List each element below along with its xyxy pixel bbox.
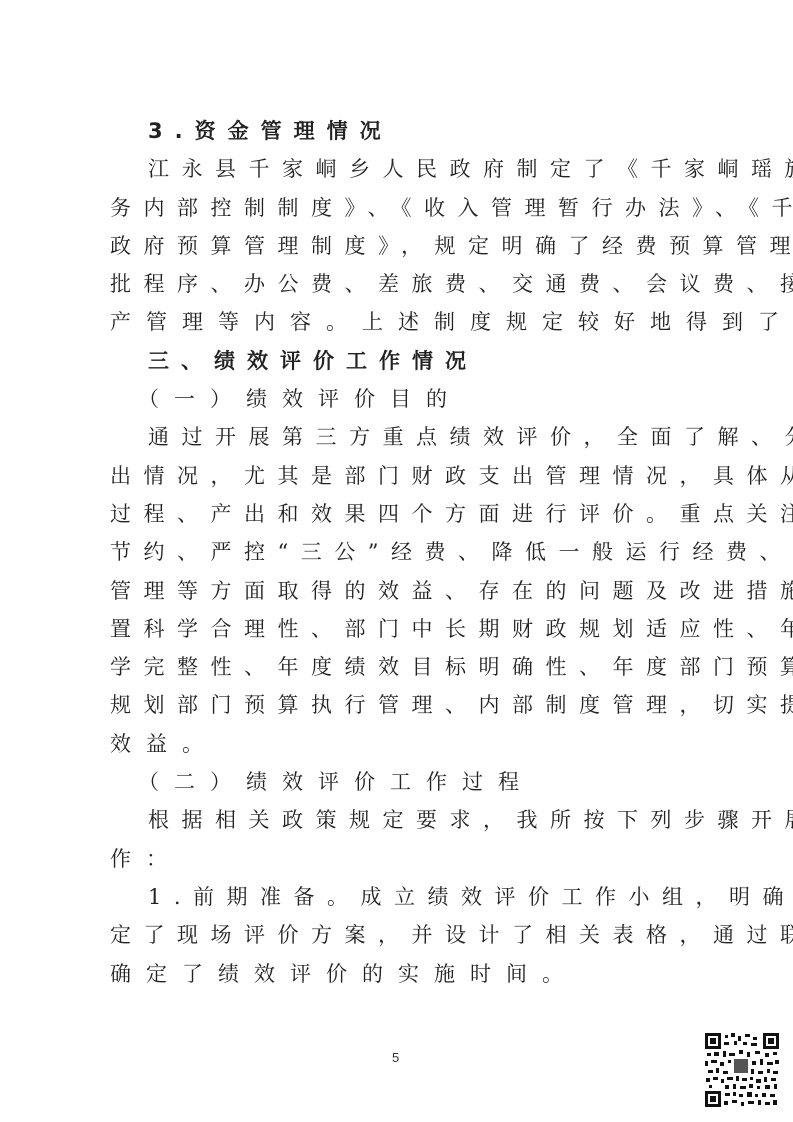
paragraph-line: 江永县千家峒乡人民政府制定了《千家峒瑶族乡人民政府财 <box>110 150 694 188</box>
section-heading-evaluation: 三、绩效评价工作情况 <box>110 342 694 380</box>
paragraph-line: 定了现场评价方案，并设计了相关表格，通过联系相关单位， <box>110 916 694 954</box>
paragraph-line: 节约、严控“三公”经费、降低一般运行经费、加强项目支出 <box>110 533 694 571</box>
subheading-evaluation-process: （二）绩效评价工作过程 <box>110 763 694 801</box>
document-page: 3.资金管理情况 江永县千家峒乡人民政府制定了《千家峒瑶族乡人民政府财 务内部控… <box>0 0 793 1122</box>
paragraph-line: 政府预算管理制度》，规定明确了经费预算管理、经费开支审 <box>110 227 694 265</box>
paragraph-line: 出情况，尤其是部门财政支出管理情况，具体从资金的投入、 <box>110 457 694 495</box>
paragraph-line: 根据相关政策规定要求，我所按下列步骤开展了绩效评价工 <box>110 801 694 839</box>
paragraph-line: 作： <box>110 840 694 878</box>
paragraph-line: 管理等方面取得的效益、存在的问题及改进措施。增强职能设 <box>110 572 694 610</box>
page-number: 5 <box>392 1050 399 1065</box>
paragraph-line: 学完整性、年度绩效目标明确性、年度部门预算计划科学性， <box>110 648 694 686</box>
paragraph-line: 产管理等内容。上述制度规定较好地得到了执行。 <box>110 303 694 341</box>
paragraph-line: 过程、产出和效果四个方面进行评价。重点关注贯彻落实厉行 <box>110 495 694 533</box>
qr-code-icon <box>705 1033 779 1107</box>
paragraph-line: 批程序、办公费、差旅费、交通费、会议费、接待费、固定资 <box>110 265 694 303</box>
section-heading-fund-management: 3.资金管理情况 <box>110 112 694 150</box>
paragraph-line: 置科学合理性、部门中长期财政规划适应性、年度工作计划科 <box>110 610 694 648</box>
subheading-evaluation-purpose: （一）绩效评价目的 <box>110 380 694 418</box>
document-body: 3.资金管理情况 江永县千家峒乡人民政府制定了《千家峒瑶族乡人民政府财 务内部控… <box>110 112 694 993</box>
paragraph-line: 效益。 <box>110 725 694 763</box>
paragraph-line: 确定了绩效评价的实施时间。 <box>110 955 694 993</box>
paragraph-line: 1.前期准备。成立绩效评价工作小组，明确了工作职责，制 <box>110 878 694 916</box>
paragraph-line: 规划部门预算执行管理、内部制度管理，切实提高部门产出及 <box>110 686 694 724</box>
paragraph-line: 务内部控制制度》、《收入管理暂行办法》、《千家峒瑶族乡 <box>110 189 694 227</box>
paragraph-line: 通过开展第三方重点绩效评价，全面了解、分析部门整体支 <box>110 418 694 456</box>
